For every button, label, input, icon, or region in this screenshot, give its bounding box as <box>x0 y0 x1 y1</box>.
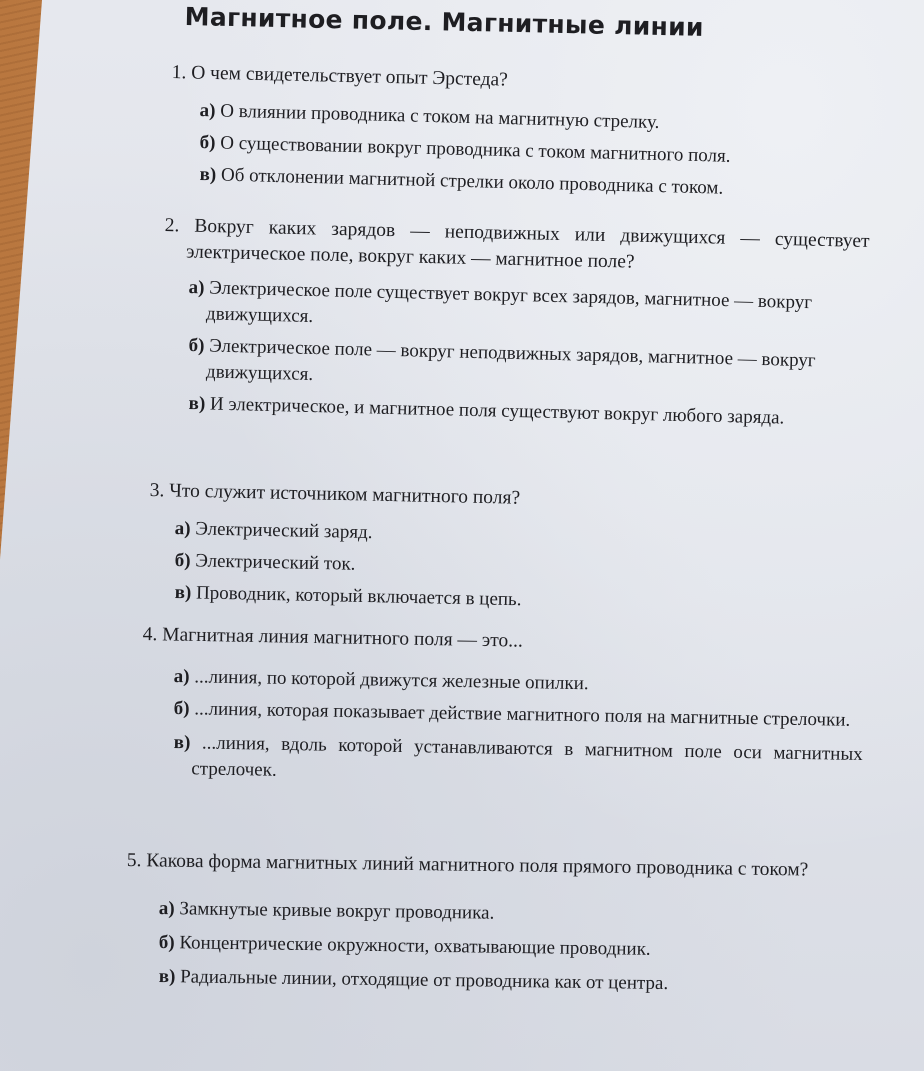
question-text: Какова форма магнитных линий магнитного … <box>146 850 808 880</box>
test-sheet: Магнитное поле. Магнитные линии 1. О чем… <box>0 0 924 1071</box>
answer-option-b[interactable]: б) Электрическое поле — вокруг неподвижн… <box>188 333 870 402</box>
answer-options: а) Электрический заряд. б) Электрический… <box>175 516 750 606</box>
answer-option-a[interactable]: а) ...линия, по которой движутся железны… <box>174 664 863 702</box>
answer-option-b[interactable]: б) Электрический ток. <box>174 548 749 586</box>
question-3: 3. Что служит источником магнитного поля… <box>150 478 750 606</box>
question-1: 1. О чем свидетельствует опыт Эрстеда? а… <box>172 60 852 188</box>
answer-option-c[interactable]: в) Радиальные линии, отходящие от провод… <box>159 964 872 1000</box>
page-title: Магнитное поле. Магнитные линии <box>184 2 704 42</box>
question-text: Вокруг каких зарядов — неподвижных или д… <box>186 216 870 273</box>
answer-options: а) Электрическое поле существует вокруг … <box>189 275 870 417</box>
question-number: 1. <box>171 62 186 83</box>
answer-option-b[interactable]: б) ...линия, которая показывает действие… <box>174 696 863 734</box>
answer-options: а) ...линия, по которой движутся железны… <box>174 664 863 782</box>
question-number: 4. <box>143 624 158 645</box>
question-text: Что служит источником магнитного поля? <box>169 480 520 508</box>
question-4: 4. Магнитная линия магнитного поля — это… <box>143 622 863 782</box>
question-number: 5. <box>127 850 142 871</box>
question-text: Магнитная линия магнитного поля — это... <box>162 624 523 651</box>
answer-option-b[interactable]: б) Концентрические окружности, охватываю… <box>159 930 872 966</box>
answer-option-a[interactable]: а) Электрический заряд. <box>174 516 749 554</box>
answer-option-c[interactable]: в) ...линия, вдоль которой устанавливают… <box>173 730 863 794</box>
question-number: 3. <box>150 480 165 501</box>
question-text: О чем свидетельствует опыт Эрстеда? <box>191 62 508 90</box>
answer-options: а) Замкнутые кривые вокруг проводника. б… <box>159 896 872 990</box>
answer-option-a[interactable]: а) Электрическое поле существует вокруг … <box>188 275 870 344</box>
answer-option-c[interactable]: в) Проводник, который включается в цепь. <box>174 580 749 618</box>
answer-options: а) О влиянии проводника с током на магни… <box>200 98 852 188</box>
question-2: 2. Вокруг каких зарядов — неподвижных ил… <box>165 213 870 417</box>
answer-option-a[interactable]: а) Замкнутые кривые вокруг проводника. <box>159 896 872 932</box>
question-number: 2. <box>164 215 179 236</box>
question-5: 5. Какова форма магнитных линий магнитно… <box>127 848 872 990</box>
